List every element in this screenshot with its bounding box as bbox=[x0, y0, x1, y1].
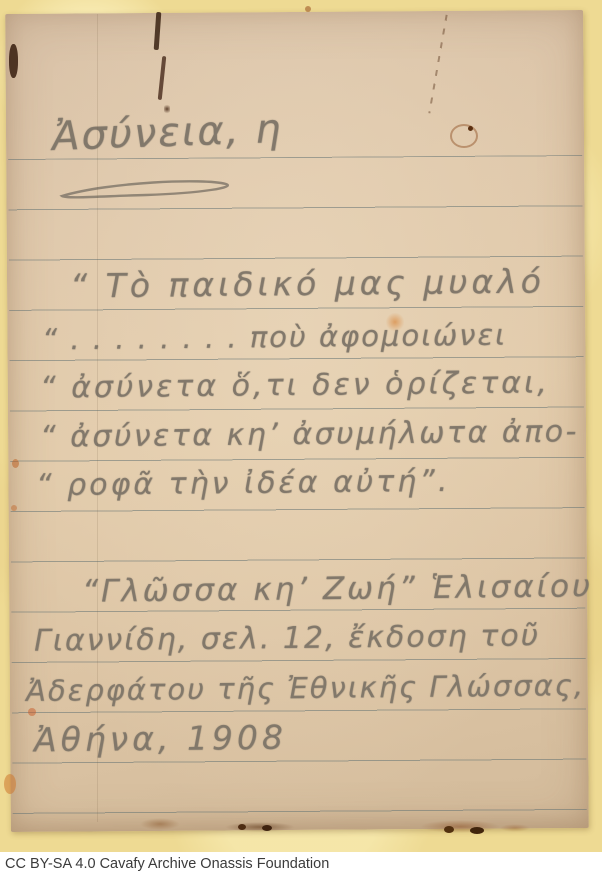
edge-rust-stain bbox=[4, 774, 16, 794]
bottom-edge-stain bbox=[500, 824, 530, 832]
bottom-edge-stain bbox=[470, 827, 484, 834]
paper-crease bbox=[97, 14, 98, 822]
underline-flourish-icon bbox=[54, 176, 244, 206]
page-title: Ἀσύνεια, η bbox=[51, 106, 283, 160]
quote-line: “ ἀσύνετα ὅ,τι δεν ὁρίζεται, bbox=[40, 365, 550, 405]
caption-bar: CC BY-SA 4.0 Cavafy Archive Onassis Foun… bbox=[0, 852, 602, 880]
bottom-edge-stain bbox=[238, 824, 246, 830]
bottom-edge-stain bbox=[262, 825, 272, 831]
reference-line: Ἀδερφάτου τῆς Ἐθνικῆς Γλώσσας, bbox=[26, 668, 585, 708]
bottom-edge-stain bbox=[140, 818, 180, 830]
bottom-edge-stain bbox=[225, 822, 295, 832]
license-caption: CC BY-SA 4.0 Cavafy Archive Onassis Foun… bbox=[5, 856, 329, 872]
bottom-edge-stain bbox=[420, 820, 500, 833]
ring-stain-dot bbox=[468, 126, 473, 131]
rust-spot bbox=[28, 708, 36, 716]
bottom-edge-stain bbox=[444, 826, 454, 833]
orange-stain bbox=[386, 312, 404, 332]
quote-line: “ ἀσύνετα κη’ ἀσυμήλωτα ἀπο- bbox=[40, 414, 579, 455]
edge-ink-blob bbox=[9, 44, 18, 78]
ring-stain bbox=[450, 124, 478, 148]
rust-spot bbox=[12, 459, 19, 468]
reference-line: Ἀθήνα, 1908 bbox=[34, 718, 287, 760]
quote-line: “ Τὸ παιδικό μας μυαλό bbox=[70, 262, 545, 306]
quote-line: “ . . . . . . . . ποὺ ἀφομοιώνει bbox=[42, 318, 507, 357]
reference-line: Γιαννίδη, σελ. 12, ἔκδοση τοῦ bbox=[34, 618, 540, 658]
rust-spot bbox=[11, 505, 17, 511]
reference-line: “Γλῶσσα κη’ Ζωή” Ἑλισαίου bbox=[82, 568, 593, 609]
rust-spot bbox=[305, 6, 311, 12]
ink-dot-stain bbox=[164, 104, 170, 114]
quote-line: “ ροφᾶ τὴν ἰδέα αὐτή”. bbox=[36, 464, 451, 503]
photo-background: Ἀσύνεια, η “ Τὸ παιδικό μας μυαλό “ . . … bbox=[0, 0, 602, 880]
